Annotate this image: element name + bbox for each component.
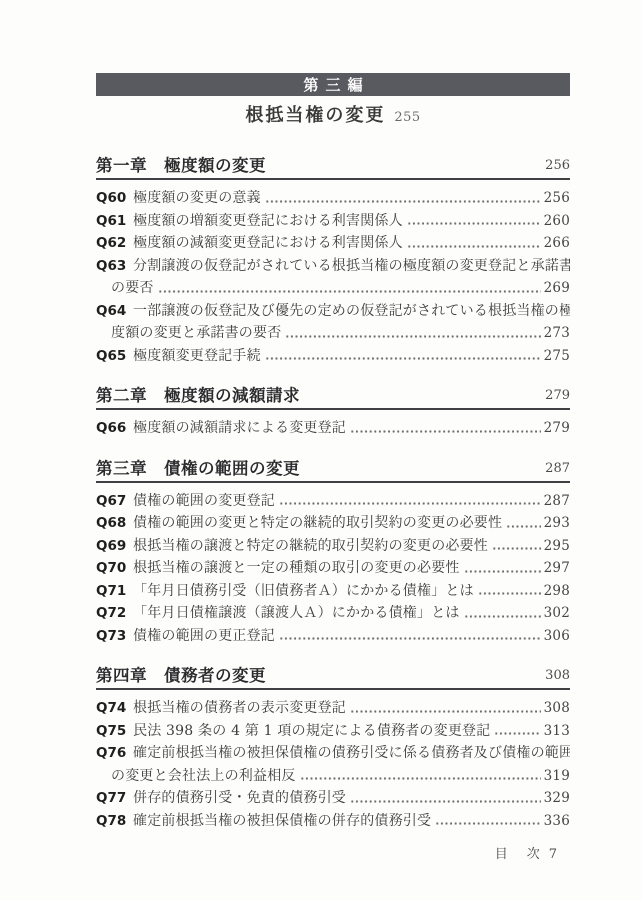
toc-entry-line: Q65極度額変更登記手続275 (96, 345, 570, 368)
question-number: Q76 (96, 742, 133, 765)
entry-title: 「年月日債務引受（旧債務者Ａ）にかかる債権」とは (133, 580, 474, 603)
entry-page-number: 308 (544, 697, 570, 720)
entry-title: 民法 398 条の 4 第 1 項の規定による債務者の変更登記 (133, 720, 490, 743)
toc-entry-line: Q64一部譲渡の仮登記及び優先の定めの仮登記がされている根抵当権の極 (96, 300, 570, 323)
entry-title: 「年月日債権譲渡（譲渡人Ａ）にかかる債権」とは (133, 602, 460, 625)
dot-leader (350, 701, 541, 716)
question-number: Q71 (96, 580, 133, 603)
entry-title: 根抵当権の債務者の表示変更登記 (133, 697, 346, 720)
entry-page-number: 275 (544, 345, 570, 368)
chapter-page-number: 308 (545, 666, 570, 685)
dot-leader (494, 723, 540, 738)
toc-entry-line: の要否269 (96, 277, 570, 300)
entry-page-number: 279 (544, 417, 570, 440)
dot-leader (464, 561, 541, 576)
dot-leader (407, 236, 541, 251)
dot-leader (158, 281, 541, 296)
toc-entry-line: Q68債権の範囲の変更と特定の継続的取引契約の変更の必要性293 (96, 512, 570, 535)
entry-title: の要否 (111, 277, 154, 300)
toc-entry: Q60極度額の変更の意義256 (96, 187, 570, 210)
toc-entry: Q61極度額の増額変更登記における利害関係人260 (96, 210, 570, 233)
chapter-heading: 第三章 債権の範囲の変更287 (96, 459, 570, 483)
entry-page-number: 293 (544, 512, 570, 535)
question-number: Q66 (96, 417, 133, 440)
entry-title: 債権の範囲の変更登記 (133, 490, 275, 513)
question-number: Q72 (96, 602, 133, 625)
question-number: Q74 (96, 697, 133, 720)
toc-entry-line: Q74根抵当権の債務者の表示変更登記308 (96, 697, 570, 720)
toc-entry: Q65極度額変更登記手続275 (96, 345, 570, 368)
entry-page-number: 313 (544, 720, 570, 743)
toc-section: 第二章 極度額の減額請求279Q66極度額の減額請求による変更登記279 (96, 386, 570, 440)
entry-title: 債権の範囲の更正登記 (133, 625, 275, 648)
chapter-heading-text: 第二章 極度額の減額請求 (96, 386, 300, 405)
question-number: Q77 (96, 787, 133, 810)
question-number: Q68 (96, 512, 133, 535)
dot-leader (300, 768, 541, 783)
toc-entry: Q71「年月日債務引受（旧債務者Ａ）にかかる債権」とは298 (96, 580, 570, 603)
toc-entry-line: Q75民法 398 条の 4 第 1 項の規定による債務者の変更登記313 (96, 720, 570, 743)
dot-leader (265, 191, 541, 206)
dot-leader (464, 606, 541, 621)
toc-entry: Q72「年月日債権譲渡（譲渡人Ａ）にかかる債権」とは302 (96, 602, 570, 625)
question-number: Q70 (96, 557, 133, 580)
footer-page-number: 7 (549, 847, 557, 862)
toc-entry: Q73債権の範囲の更正登記306 (96, 625, 570, 648)
toc-entry: Q76確定前根抵当権の被担保債権の債務引受に係る債務者及び債権の範囲の変更と会社… (96, 742, 570, 787)
entry-title: 根抵当権の譲渡と一定の種類の取引の変更の必要性 (133, 557, 460, 580)
entry-page-number: 260 (544, 210, 570, 233)
toc-entry-line: Q66極度額の減額請求による変更登記279 (96, 417, 570, 440)
toc-entry: Q70根抵当権の譲渡と一定の種類の取引の変更の必要性297 (96, 557, 570, 580)
chapter-entries: Q66極度額の減額請求による変更登記279 (96, 417, 570, 440)
entry-title: 根抵当権の譲渡と特定の継続的取引契約の変更の必要性 (133, 535, 488, 558)
toc-section: 第一章 極度額の変更256Q60極度額の変更の意義256Q61極度額の増額変更登… (96, 156, 570, 367)
entry-page-number: 266 (544, 232, 570, 255)
toc-entry: Q74根抵当権の債務者の表示変更登記308 (96, 697, 570, 720)
toc-entry: Q66極度額の減額請求による変更登記279 (96, 417, 570, 440)
toc-entry: Q69根抵当権の譲渡と特定の継続的取引契約の変更の必要性295 (96, 535, 570, 558)
toc-entry-line: Q62極度額の減額変更登記における利害関係人266 (96, 232, 570, 255)
dot-leader (279, 628, 541, 643)
entry-page-number: 295 (544, 535, 570, 558)
entry-page-number: 287 (544, 490, 570, 513)
toc-entry-line: の変更と会社法上の利益相反319 (96, 765, 570, 788)
content-column: 第三編 根抵当権の変更255 第一章 極度額の変更256Q60極度額の変更の意義… (96, 0, 570, 832)
page-footer: 目 次7 (495, 843, 557, 862)
entry-title: 極度額の増額変更登記における利害関係人 (133, 210, 403, 233)
toc-entry-line: Q70根抵当権の譲渡と一定の種類の取引の変更の必要性297 (96, 557, 570, 580)
dot-leader (435, 813, 540, 828)
entry-title: 分割譲渡の仮登記がされている根抵当権の極度額の変更登記と承諾書 (133, 255, 570, 278)
entry-page-number: 329 (544, 787, 570, 810)
toc-entry-line: Q76確定前根抵当権の被担保債権の債務引受に係る債務者及び債権の範囲 (96, 742, 570, 765)
chapter-heading-text: 第四章 債務者の変更 (96, 666, 266, 685)
toc-entry-line: Q60極度額の変更の意義256 (96, 187, 570, 210)
chapter-heading: 第四章 債務者の変更308 (96, 666, 570, 690)
chapter-heading-text: 第三章 債権の範囲の変更 (96, 459, 300, 478)
entry-title: 債権の範囲の変更と特定の継続的取引契約の変更の必要性 (133, 512, 502, 535)
part-title-page-number: 255 (394, 110, 420, 125)
chapter-heading: 第二章 極度額の減額請求279 (96, 386, 570, 410)
footer-label: 目 次 (495, 847, 543, 862)
part-banner: 第三編 (96, 73, 570, 96)
toc-section: 第四章 債務者の変更308Q74根抵当権の債務者の表示変更登記308Q75民法 … (96, 666, 570, 832)
chapter-entries: Q74根抵当権の債務者の表示変更登記308Q75民法 398 条の 4 第 1 … (96, 697, 570, 832)
question-number: Q69 (96, 535, 133, 558)
question-number: Q64 (96, 300, 133, 323)
entry-title: 併存的債務引受・免責的債務引受 (133, 787, 346, 810)
toc-page: 第三編 根抵当権の変更255 第一章 極度額の変更256Q60極度額の変更の意義… (0, 0, 642, 900)
toc-entry-line: Q77併存的債務引受・免責的債務引受329 (96, 787, 570, 810)
toc-entry: Q78確定前根抵当権の被担保債権の併存的債務引受336 (96, 810, 570, 833)
entry-title: 極度額の変更の意義 (133, 187, 261, 210)
question-number: Q75 (96, 720, 133, 743)
entry-title: 極度額変更登記手続 (133, 345, 261, 368)
toc-entry-line: Q73債権の範囲の更正登記306 (96, 625, 570, 648)
dot-leader (478, 583, 541, 598)
toc-entry: Q75民法 398 条の 4 第 1 項の規定による債務者の変更登記313 (96, 720, 570, 743)
entry-page-number: 297 (544, 557, 570, 580)
chapter-entries: Q67債権の範囲の変更登記287Q68債権の範囲の変更と特定の継続的取引契約の変… (96, 490, 570, 648)
question-number: Q60 (96, 187, 133, 210)
toc-entry: Q68債権の範囲の変更と特定の継続的取引契約の変更の必要性293 (96, 512, 570, 535)
part-title: 根抵当権の変更255 (96, 104, 570, 130)
entry-page-number: 319 (544, 765, 570, 788)
chapter-heading: 第一章 極度額の変更256 (96, 156, 570, 180)
toc-entry-line: Q61極度額の増額変更登記における利害関係人260 (96, 210, 570, 233)
chapter-heading-text: 第一章 極度額の変更 (96, 156, 266, 175)
part-title-text: 根抵当権の変更 (245, 105, 385, 126)
toc-entry-line: Q72「年月日債権譲渡（譲渡人Ａ）にかかる債権」とは302 (96, 602, 570, 625)
entry-title: 確定前根抵当権の被担保債権の債務引受に係る債務者及び債権の範囲 (133, 742, 570, 765)
dot-leader (350, 791, 541, 806)
toc-section: 第三章 債権の範囲の変更287Q67債権の範囲の変更登記287Q68債権の範囲の… (96, 459, 570, 648)
entry-page-number: 273 (544, 322, 570, 345)
question-number: Q62 (96, 232, 133, 255)
dot-leader (285, 326, 540, 341)
part-banner-label: 第三編 (296, 74, 369, 95)
question-number: Q63 (96, 255, 133, 278)
toc-entry-line: Q69根抵当権の譲渡と特定の継続的取引契約の変更の必要性295 (96, 535, 570, 558)
toc-entry: Q62極度額の減額変更登記における利害関係人266 (96, 232, 570, 255)
dot-leader (506, 516, 540, 531)
entry-page-number: 269 (544, 277, 570, 300)
question-number: Q65 (96, 345, 133, 368)
toc-sections: 第一章 極度額の変更256Q60極度額の変更の意義256Q61極度額の増額変更登… (96, 156, 570, 832)
toc-entry: Q63分割譲渡の仮登記がされている根抵当権の極度額の変更登記と承諾書の要否269 (96, 255, 570, 300)
toc-entry-line: Q63分割譲渡の仮登記がされている根抵当権の極度額の変更登記と承諾書 (96, 255, 570, 278)
dot-leader (492, 538, 541, 553)
dot-leader (350, 421, 541, 436)
toc-entry-line: 度額の変更と承諾書の要否273 (96, 322, 570, 345)
question-number: Q67 (96, 490, 133, 513)
dot-leader (407, 213, 541, 228)
chapter-page-number: 279 (545, 386, 570, 405)
dot-leader (279, 493, 541, 508)
entry-page-number: 302 (544, 602, 570, 625)
entry-title: 度額の変更と承諾書の要否 (111, 322, 281, 345)
entry-page-number: 336 (544, 810, 570, 833)
entry-page-number: 306 (544, 625, 570, 648)
question-number: Q78 (96, 810, 133, 833)
entry-page-number: 256 (544, 187, 570, 210)
entry-title: 極度額の減額変更登記における利害関係人 (133, 232, 403, 255)
toc-entry: Q77併存的債務引受・免責的債務引受329 (96, 787, 570, 810)
entry-title: の変更と会社法上の利益相反 (111, 765, 296, 788)
toc-entry-line: Q71「年月日債務引受（旧債務者Ａ）にかかる債権」とは298 (96, 580, 570, 603)
entry-title: 一部譲渡の仮登記及び優先の定めの仮登記がされている根抵当権の極 (133, 300, 570, 323)
toc-entry-line: Q67債権の範囲の変更登記287 (96, 490, 570, 513)
question-number: Q61 (96, 210, 133, 233)
entry-title: 極度額の減額請求による変更登記 (133, 417, 346, 440)
question-number: Q73 (96, 625, 133, 648)
chapter-page-number: 256 (545, 156, 570, 175)
entry-title: 確定前根抵当権の被担保債権の併存的債務引受 (133, 810, 431, 833)
dot-leader (265, 348, 541, 363)
toc-entry: Q64一部譲渡の仮登記及び優先の定めの仮登記がされている根抵当権の極度額の変更と… (96, 300, 570, 345)
toc-entry: Q67債権の範囲の変更登記287 (96, 490, 570, 513)
chapter-page-number: 287 (545, 459, 570, 478)
entry-page-number: 298 (544, 580, 570, 603)
chapter-entries: Q60極度額の変更の意義256Q61極度額の増額変更登記における利害関係人260… (96, 187, 570, 367)
toc-entry-line: Q78確定前根抵当権の被担保債権の併存的債務引受336 (96, 810, 570, 833)
